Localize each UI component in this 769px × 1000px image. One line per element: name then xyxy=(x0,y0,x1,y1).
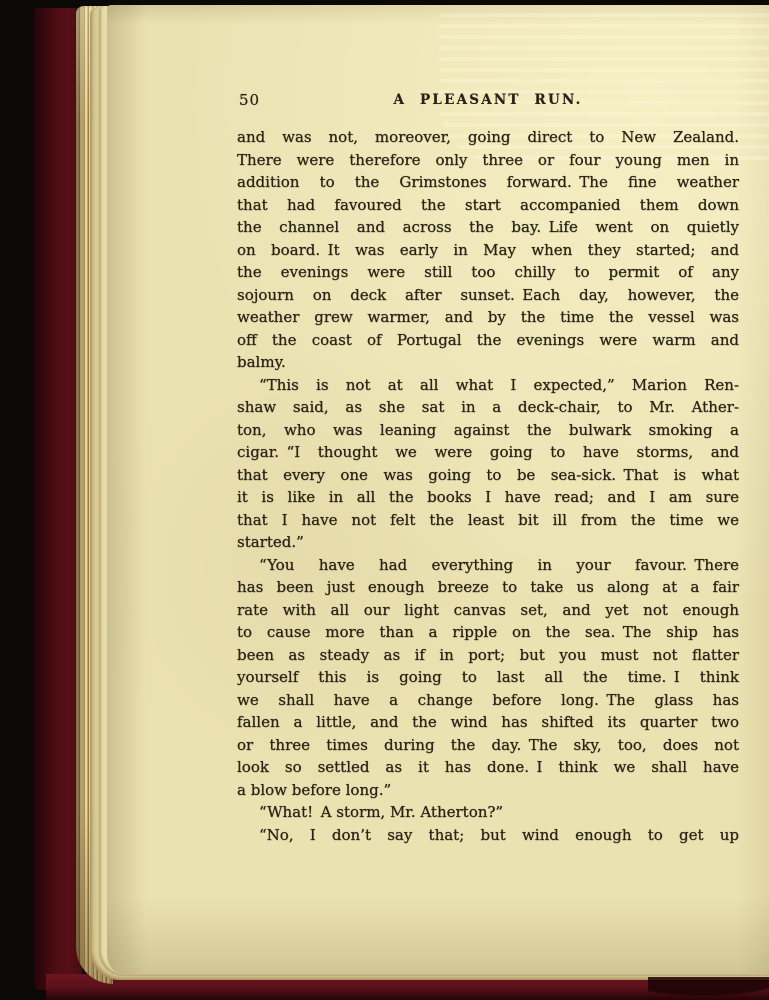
text-line: we shall have a change before long. The … xyxy=(237,689,739,712)
text-line: a blow before long.” xyxy=(237,779,739,802)
text-line: rate with all our light canvas set, and … xyxy=(237,599,739,622)
text-line: “What! A storm, Mr. Atherton?” xyxy=(237,801,739,824)
text-line: the evenings were still too chilly to pe… xyxy=(237,261,739,284)
page-text: and was not, moreover, going direct to N… xyxy=(237,126,739,846)
text-line: been as steady as if in port; but you mu… xyxy=(237,644,739,667)
text-line: look so settled as it has done. I think … xyxy=(237,756,739,779)
text-line: addition to the Grimstones forward. The … xyxy=(237,171,739,194)
text-line: cigar. “I thought we were going to have … xyxy=(237,441,739,464)
text-line: or three times during the day. The sky, … xyxy=(237,734,739,757)
text-line: balmy. xyxy=(237,351,739,374)
text-line: There were therefore only three or four … xyxy=(237,149,739,172)
book-cover-spine-edge xyxy=(34,8,82,990)
text-line: the channel and across the bay. Life wen… xyxy=(237,216,739,239)
text-line: ton, who was leaning against the bulwark… xyxy=(237,419,739,442)
page-header: 50 A PLEASANT RUN. xyxy=(237,91,739,111)
text-line: to cause more than a ripple on the sea. … xyxy=(237,621,739,644)
text-line: yourself this is going to last all the t… xyxy=(237,666,739,689)
text-line: and was not, moreover, going direct to N… xyxy=(237,126,739,149)
text-line: on board. It was early in May when they … xyxy=(237,239,739,262)
book-photo: 50 A PLEASANT RUN. and was not, moreover… xyxy=(0,0,769,1000)
text-line: it is like in all the books I have read;… xyxy=(237,486,739,509)
text-line: that every one was going to be sea-sick.… xyxy=(237,464,739,487)
text-line: sojourn on deck after sunset. Each day, … xyxy=(237,284,739,307)
book-page: 50 A PLEASANT RUN. and was not, moreover… xyxy=(107,5,769,974)
text-line: started.” xyxy=(237,531,739,554)
text-line: has been just enough breeze to take us a… xyxy=(237,576,739,599)
text-line: weather grew warmer, and by the time the… xyxy=(237,306,739,329)
text-line: fallen a little, and the wind has shifte… xyxy=(237,711,739,734)
cover-corner-shadow xyxy=(648,977,769,1000)
text-line: shaw said, as she sat in a deck-chair, t… xyxy=(237,396,739,419)
running-header: A PLEASANT RUN. xyxy=(237,92,739,108)
text-line: that had favoured the start accompanied … xyxy=(237,194,739,217)
text-line: “No, I don’t say that; but wind enough t… xyxy=(237,824,739,847)
text-line: “You have had everything in your favour.… xyxy=(237,554,739,577)
text-line: “This is not at all what I expected,” Ma… xyxy=(237,374,739,397)
text-line: that I have not felt the least bit ill f… xyxy=(237,509,739,532)
text-line: off the coast of Portugal the evenings w… xyxy=(237,329,739,352)
